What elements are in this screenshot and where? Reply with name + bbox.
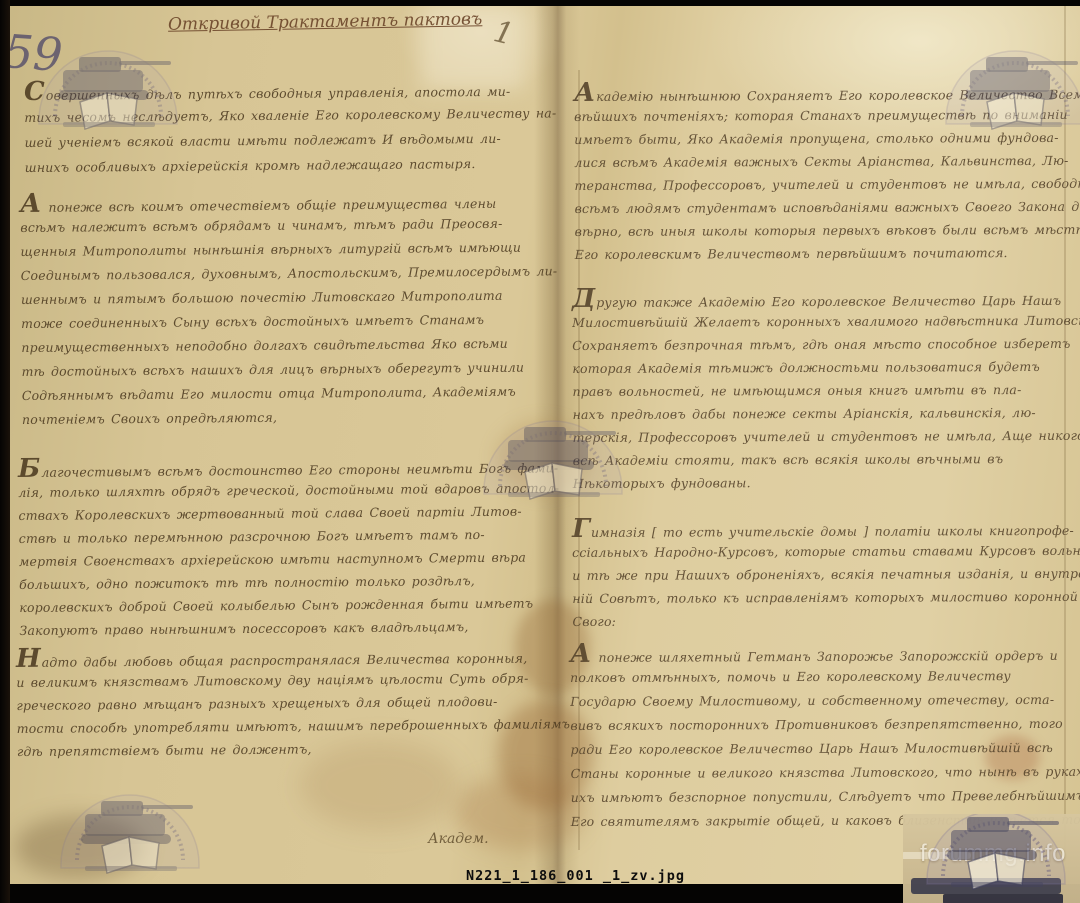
manuscript-line: Закопуютъ право нынѣшнимъ посессоровъ ка… <box>19 614 560 642</box>
manuscript-line: терскія, Профессоровъ учителей и студент… <box>573 424 1080 449</box>
manuscript-line: Сохраняетъ безпрочная тѣмъ, гдѣ оная мѣс… <box>572 332 1080 357</box>
manuscript-line: Другую также Академію Его королевское Ве… <box>572 286 1080 311</box>
manuscript-line: шнихъ особливыхъ архіерейскія кромѣ надл… <box>25 150 557 180</box>
manuscript-line: Милостивѣйшій Желаетъ коронныхъ хвалимог… <box>572 309 1080 334</box>
manuscript-line: ній Совѣтъ, только къ исправленіямъ кото… <box>572 585 1080 610</box>
manuscript-line: А понеже шляхетный Гетманъ Запорожье Зап… <box>570 640 1080 666</box>
forum-stamp-watermark <box>478 394 628 506</box>
manuscript-line: ради Его королевское Величество Царь Наш… <box>570 736 1080 762</box>
manuscript-line: Его королевскимъ Величествомъ первѣйшимъ… <box>575 241 1080 266</box>
manuscript-line: Свого: <box>572 608 1080 633</box>
right-paragraph-3: Гимназія [ то есть учительскіе домы ] по… <box>572 516 1080 633</box>
manuscript-line: и тѣ же при Нашихъ оброненіяхъ, всякія п… <box>572 562 1080 587</box>
forum-watermark-patch: forummg.info <box>903 814 1080 903</box>
manuscript-line: Государю Своему Милостивому, и собственн… <box>570 688 1080 714</box>
manuscript-line: гдѣ препятствіемъ быти не должентъ, <box>17 735 571 763</box>
catchword: Академ. <box>428 831 489 847</box>
manuscript-line: Гимназія [ то есть учительскіе домы ] по… <box>572 516 1080 541</box>
manuscript-line: вѣрно, всѣ иныя школы которыя первыхъ вѣ… <box>575 218 1080 243</box>
forum-stamp-watermark <box>33 24 183 136</box>
manuscript-line: Станы коронные и великого князства Литов… <box>571 760 1080 786</box>
manuscript-line: Нѣкоторыхъ фундованы. <box>573 470 1080 495</box>
filename-caption: N221_1_186_001 _1_zv.jpg <box>466 868 685 884</box>
manuscript-line: которая Академія тѣмижъ должностьми поль… <box>572 355 1080 380</box>
manuscript-line: ссіальныхъ Народно-Курсовъ, которые стат… <box>572 539 1080 564</box>
photo-left-border <box>0 0 10 903</box>
right-paragraph-4: А понеже шляхетный Гетманъ Запорожье Зап… <box>570 640 1080 834</box>
manuscript-line: всѣмъ людямъ студентамъ исповѣданіями ва… <box>575 195 1080 220</box>
forum-stamp-watermark <box>921 814 1071 896</box>
scanned-manuscript-photo: 59 Откривой Трактаментъ пактовъ 1 Соверш… <box>0 0 1080 903</box>
right-paragraph-2: Другую также Академію Его королевское Ве… <box>572 286 1080 495</box>
forum-stamp-watermark <box>55 768 205 880</box>
manuscript-line: лися всѣмъ Академія важныхъ Секты Аріанс… <box>574 149 1080 174</box>
manuscript-line: вивъ всякихъ постороннихъ Противниковъ б… <box>570 712 1080 738</box>
photo-top-border <box>0 0 1080 6</box>
manuscript-line: всѣ Академіи стояти, такъ всѣ всякія шко… <box>573 447 1080 472</box>
manuscript-line: нахъ предѣловъ дабы понеже секты Аріанск… <box>573 401 1080 426</box>
forum-stamp-watermark <box>940 24 1080 136</box>
manuscript-line: полковъ отмѣнныхъ, помочь и Его королевс… <box>570 664 1080 690</box>
manuscript-line: теранства, Профессоровъ, учителей и студ… <box>574 172 1080 197</box>
manuscript-line: правъ вольностей, не имѣющимся оныя книг… <box>572 378 1080 403</box>
left-paragraph-4: Надто дабы любовь общая распространялася… <box>16 643 570 763</box>
manuscript-line: ихъ имѣютъ безспорное попустили, Слѣдует… <box>571 784 1080 810</box>
